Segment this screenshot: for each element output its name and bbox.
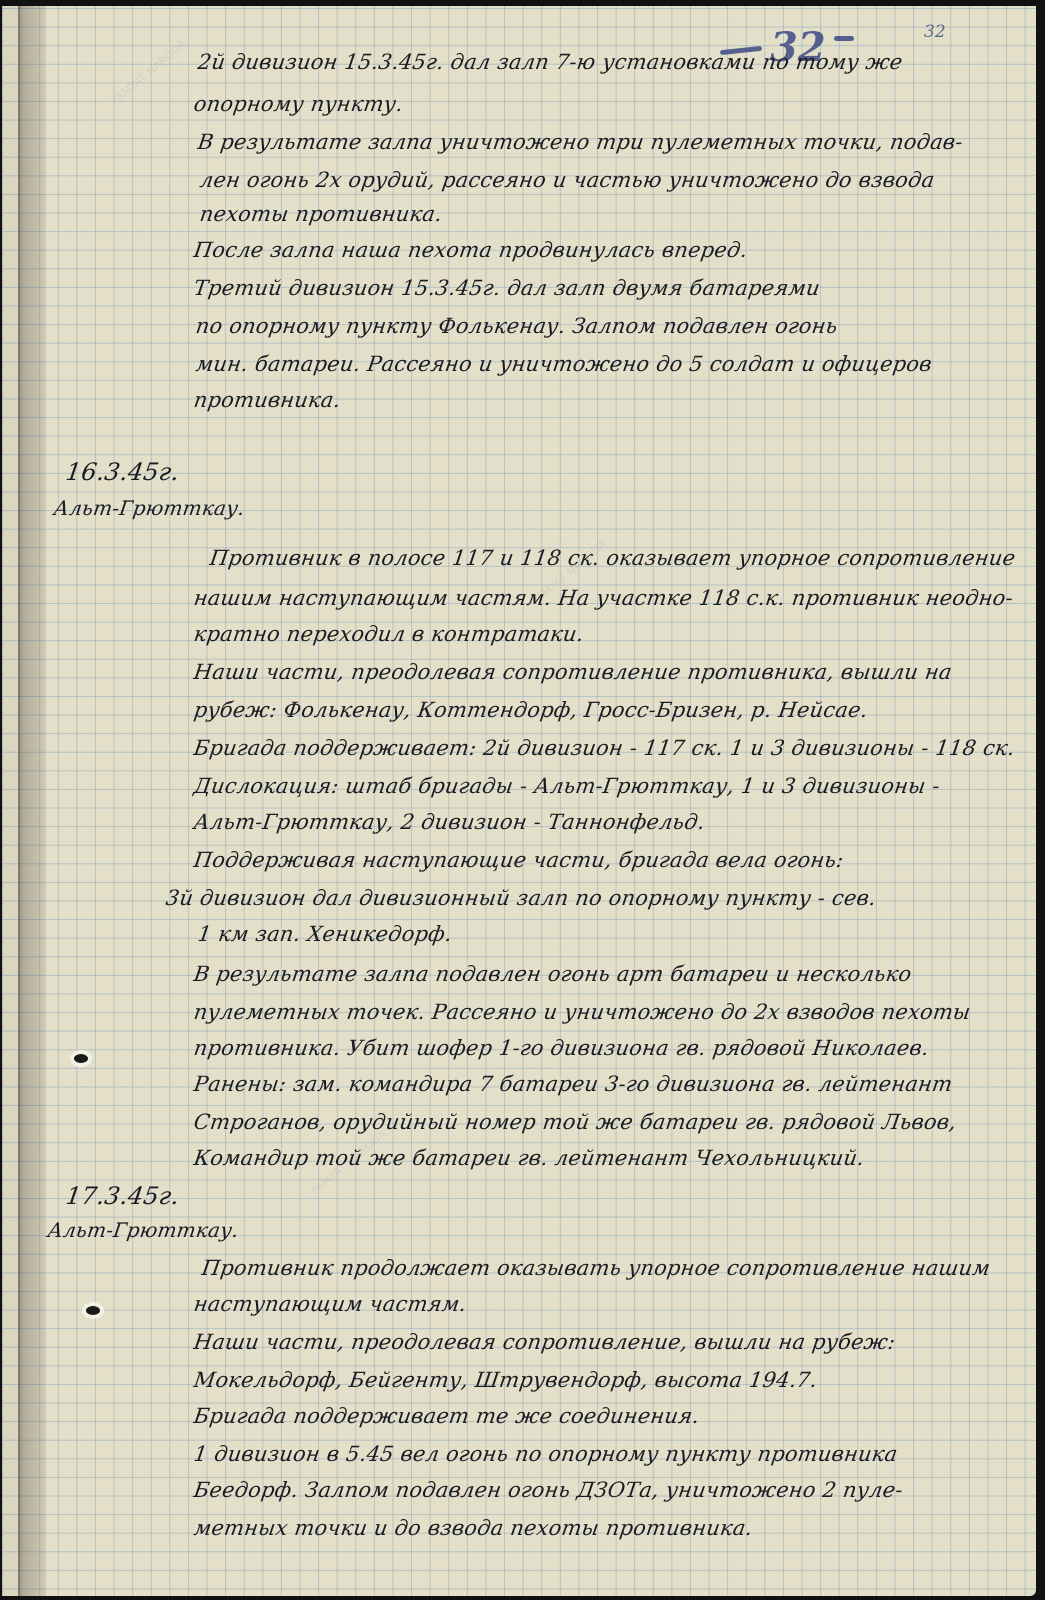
text-line: После залпа наша пехота продвинулась впе… — [192, 238, 749, 262]
entry-place: Альт-Грютткау. — [46, 1218, 240, 1242]
text-line: противника. Убит шофер 1-го дивизиона гв… — [192, 1036, 930, 1060]
text-line: Противник в полосе 117 и 118 ск. оказыва… — [208, 546, 1017, 570]
text-line: В результате залпа подавлен огонь арт ба… — [192, 962, 913, 986]
scan-frame: PAMYAT NARODA PAMYAT NARODA PAMYAT NAROD… — [0, 0, 1045, 1600]
text-line: по опорному пункту Фолькенау. Залпом под… — [194, 314, 839, 338]
binding-hole-icon — [74, 1054, 88, 1063]
text-line: Ранены: зам. командира 7 батареи 3-го ди… — [192, 1072, 954, 1096]
text-line: противника. — [192, 388, 342, 412]
text-line: Бригада поддерживает те же соединения. — [192, 1404, 701, 1428]
graph-paper-page: PAMYAT NARODA PAMYAT NARODA PAMYAT NAROD… — [2, 6, 1036, 1596]
text-line: мин. батареи. Рассеяно и уничтожено до 5… — [194, 352, 933, 376]
text-line: Противник продолжает оказывать упорное с… — [200, 1256, 991, 1280]
entry-place: Альт-Грютткау. — [52, 496, 246, 520]
text-line: Строганов, орудийный номер той же батаре… — [192, 1110, 958, 1134]
text-line: наступающим частям. — [192, 1292, 468, 1316]
entry-date: 16.3.45г. — [64, 458, 181, 486]
previous-page-edge — [2, 6, 20, 1596]
text-line: 1 км зап. Хеникедорф. — [196, 922, 453, 946]
entry-date: 17.3.45г. — [64, 1182, 181, 1210]
text-line: Мокельдорф, Бейгенту, Штрувендорф, высот… — [192, 1368, 819, 1392]
text-line: 1 дивизион в 5.45 вел огонь по опорному … — [192, 1442, 899, 1466]
text-line: Командир той же батареи гв. лейтенант Че… — [192, 1146, 866, 1170]
text-line: рубеж: Фолькенау, Коттендорф, Гросс-Бриз… — [192, 698, 869, 722]
text-line: кратно переходил в контратаки. — [192, 622, 585, 646]
text-line: Беедорф. Залпом подавлен огонь ДЗОТа, ун… — [192, 1478, 904, 1502]
text-line: лен огонь 2х орудий, рассеяно и частью у… — [198, 168, 936, 192]
text-line: Поддерживая наступающие части, бригада в… — [192, 848, 845, 872]
text-line: пехоты противника. — [198, 202, 443, 226]
text-line: 3й дивизион дал дивизионный залп по опор… — [164, 886, 877, 910]
text-line: метных точки и до взвода пехоты противни… — [192, 1516, 754, 1540]
text-line: нашим наступающим частям. На участке 118… — [192, 586, 1014, 610]
text-line: опорному пункту. — [192, 92, 404, 116]
text-line: Альт-Грютткау, 2 дивизион - Таннонфельд. — [192, 810, 706, 834]
binding-hole-icon — [86, 1306, 100, 1315]
text-line: 2й дивизион 15.3.45г. дал залп 7-ю устан… — [196, 50, 904, 74]
page-number-stamp: 32 — [924, 22, 946, 42]
text-line: пулеметных точек. Рассеяно и уничтожено … — [192, 1000, 972, 1024]
text-line: Наши части, преодолевая сопротивление пр… — [192, 660, 953, 684]
text-line: Наши части, преодолевая сопротивление, в… — [192, 1330, 897, 1354]
text-line: Третий дивизион 15.3.45г. дал залп двумя… — [192, 276, 821, 300]
text-line: В результате залпа уничтожено три пулеме… — [196, 130, 964, 154]
text-line: Бригада поддерживает: 2й дивизион - 117 … — [192, 736, 1016, 760]
watermark: PAMYAT NARODA — [109, 37, 189, 107]
binding-shadow — [20, 6, 46, 1596]
text-line: Дислокация: штаб бригады - Альт-Грютткау… — [192, 774, 941, 798]
